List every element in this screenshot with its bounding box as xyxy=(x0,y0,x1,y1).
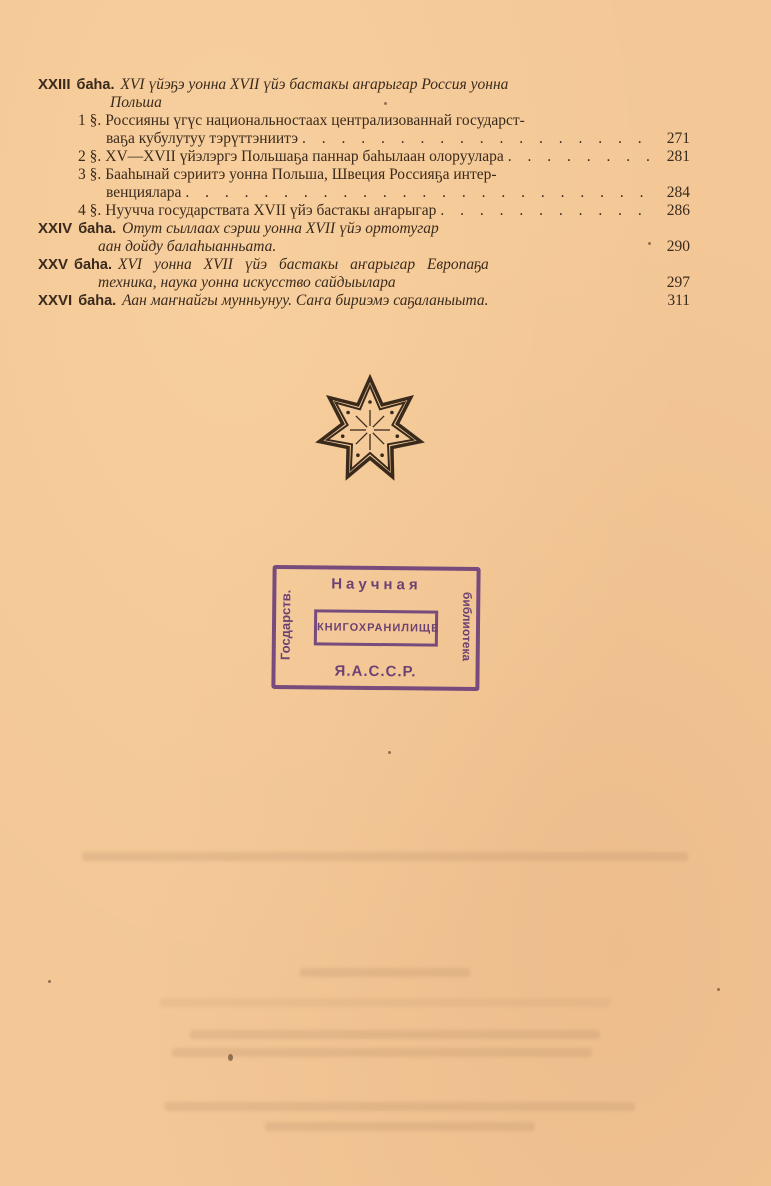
chapter-word: баһа. xyxy=(78,220,116,238)
chapter-word: баһа. xyxy=(77,76,115,94)
chapter-title-cont: аан дойду балаһыанньата. xyxy=(98,238,276,256)
leader-dots: . . . . . . . . . . . . . . . . . . . . … xyxy=(185,184,658,202)
leader-dots: . . . . . . . . . . . . xyxy=(440,202,658,220)
chapter-title: Отут сыллаах сэрии уонна XVII үйэ ортоту… xyxy=(122,220,439,238)
library-stamp: Научная КНИГОХРАНИЛИЩЕ Я.А.С.С.Р. Госдар… xyxy=(271,565,480,691)
chapter-word: баһа. xyxy=(78,292,116,310)
chapter-number: XXIV xyxy=(38,220,72,238)
toc-section: 2 §. XV—XVII үйэлэргэ Польшаҕа паннар ба… xyxy=(38,148,690,166)
chapter-title: Аан маҥнайгы мунньунуу. Саҥа бириэмэ саҕ… xyxy=(122,292,662,310)
page-number: 311 xyxy=(662,292,690,310)
section-title: XV—XVII үйэлэргэ Польшаҕа паннар баһылаа… xyxy=(105,148,504,166)
stamp-left-text: Госдарств. xyxy=(277,573,296,677)
stamp-right-text: библиотека xyxy=(455,575,474,679)
page-number: 284 xyxy=(662,184,690,202)
section-number: 4 §. xyxy=(78,202,101,220)
section-title: Бааһынай сэриитэ уонна Польша, Швеция Ро… xyxy=(105,166,496,184)
page-number: 290 xyxy=(662,238,690,256)
seven-point-star-icon xyxy=(314,372,426,484)
table-of-contents: XXIII баһа. XVI үйэҕэ уонна XVII үйэ бас… xyxy=(38,76,690,310)
chapter-number: XXV xyxy=(38,256,68,274)
chapter-number: XXIII xyxy=(38,76,71,94)
toc-section: 4 §. Нуучча государствата XVII үйэ баста… xyxy=(38,202,690,220)
toc-chapter-xxvi: XXVI баһа. Аан маҥнайгы мунньунуу. Саҥа … xyxy=(38,292,690,310)
page-number: 297 xyxy=(662,274,690,292)
chapter-title: XVI үйэҕэ уонна XVII үйэ бастакы аҥарыга… xyxy=(121,76,509,94)
section-number: 3 §. xyxy=(78,166,101,184)
toc-chapter-xxv: XXV баһа. XVI уонна XVII үйэ бастакы аҥа… xyxy=(38,256,690,292)
stamp-bottom-text: Я.А.С.С.Р. xyxy=(275,662,475,681)
section-title: Россияны үгүс национальностаах централиз… xyxy=(105,112,525,130)
toc-section: 1 §. Россияны үгүс национальностаах цент… xyxy=(38,112,690,148)
toc-chapter-xxiii: XXIII баһа. XVI үйэҕэ уонна XVII үйэ бас… xyxy=(38,76,690,220)
stamp-top-text: Научная xyxy=(276,575,476,594)
chapter-word: баһа. xyxy=(74,256,112,274)
stamp-center-text: КНИГОХРАНИЛИЩЕ xyxy=(314,609,438,646)
section-title-cont: ваҕа кубулутуу тэрүттэниитэ xyxy=(106,130,298,148)
toc-chapter-xxiv: XXIV баһа. Отут сыллаах сэрии уонна XVII… xyxy=(38,220,690,256)
leader-dots: . . . . . . . . . . . . . . . . . . . . … xyxy=(302,130,658,148)
chapter-number: XXVI xyxy=(38,292,72,310)
leader-dots: . . . . . . . . xyxy=(508,148,658,166)
chapter-title-cont: техника, наука уонна искусство сайдыылар… xyxy=(98,274,396,292)
page-number: 281 xyxy=(662,148,690,166)
section-title-cont: венциялара xyxy=(106,184,181,202)
chapter-title: XVI уонна XVII үйэ бастакы аҥарыгар Евро… xyxy=(118,256,489,274)
section-number: 2 §. xyxy=(78,148,101,166)
page-number: 286 xyxy=(662,202,690,220)
toc-section: 3 §. Бааһынай сэриитэ уонна Польша, Швец… xyxy=(38,166,690,202)
chapter-title-cont: Польша xyxy=(110,94,162,112)
page-number: 271 xyxy=(662,130,690,148)
section-title: Нуучча государствата XVII үйэ бастакы аҥ… xyxy=(105,202,436,220)
section-number: 1 §. xyxy=(78,112,101,130)
